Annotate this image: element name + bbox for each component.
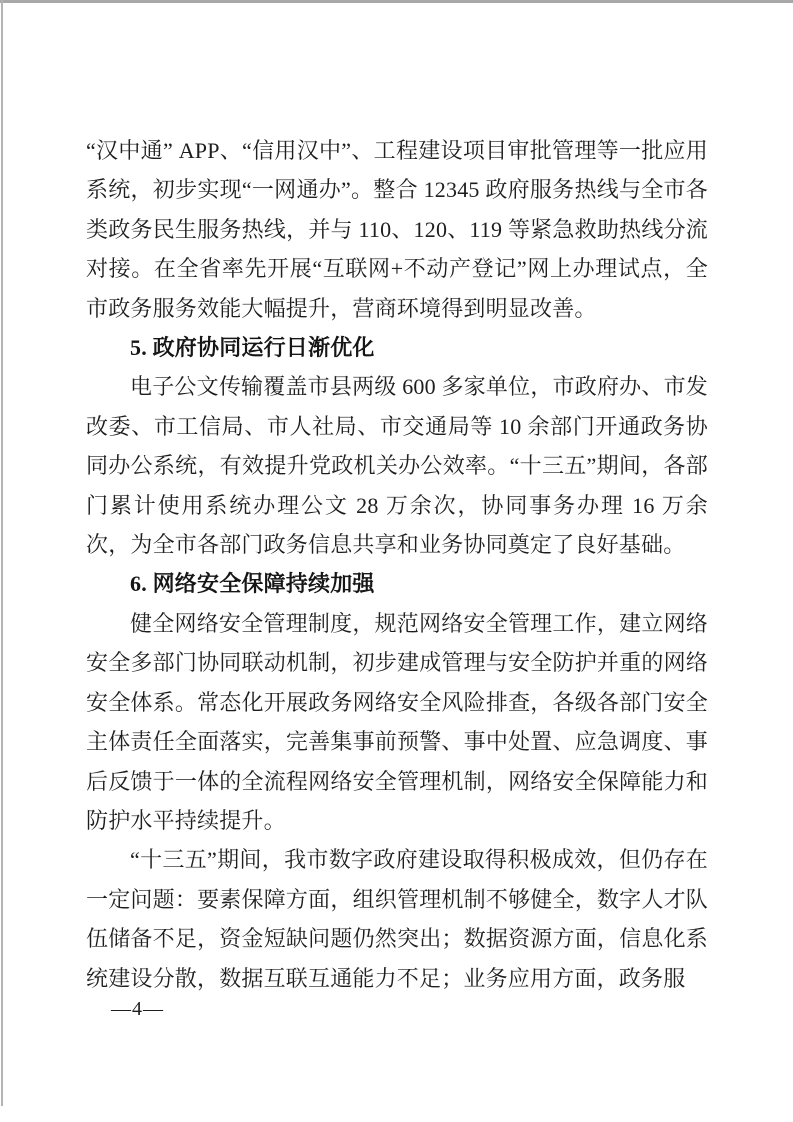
page-number: —4— <box>111 996 164 1022</box>
section-heading-6: 6. 网络安全保障持续加强 <box>86 564 708 603</box>
paragraph-summary: “十三五”期间，我市数字政府建设取得积极成效，但仍存在一定问题：要素保障方面，组… <box>86 840 708 998</box>
scan-edge-top <box>0 0 793 3</box>
section-heading-5: 5. 政府协同运行日渐优化 <box>86 328 708 367</box>
paragraph-section-6: 健全网络安全管理制度，规范网络安全管理工作，建立网络安全多部门协同联动机制，初步… <box>86 604 708 840</box>
scan-edge-left <box>1 0 3 1106</box>
paragraph-continuation: “汉中通” APP、“信用汉中”、工程建设项目审批管理等一批应用系统，初步实现“… <box>86 131 708 328</box>
paragraph-section-5: 电子公文传输覆盖市县两级 600 多家单位，市政府办、市发改委、市工信局、市人社… <box>86 367 708 564</box>
document-body: “汉中通” APP、“信用汉中”、工程建设项目审批管理等一批应用系统，初步实现“… <box>86 131 708 998</box>
document-page: “汉中通” APP、“信用汉中”、工程建设项目审批管理等一批应用系统，初步实现“… <box>0 0 793 1122</box>
